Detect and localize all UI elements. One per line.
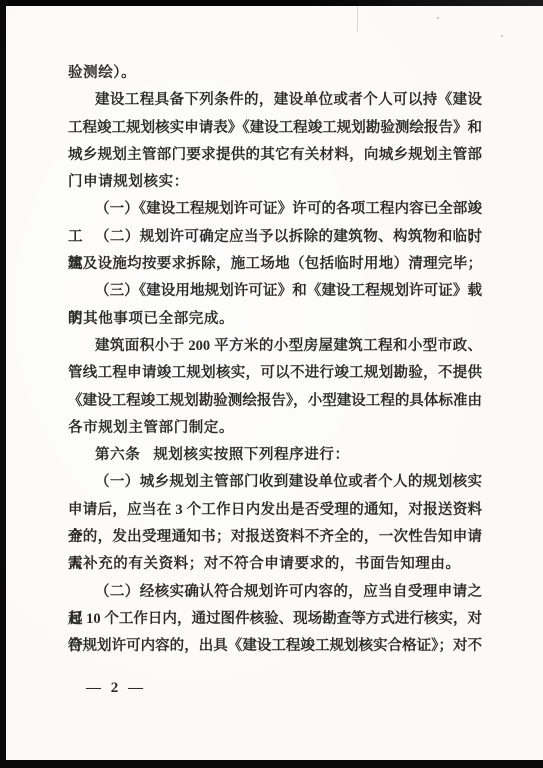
page-number: — 2 —	[86, 680, 146, 697]
text-line: （一）城乡规划主管部门收到建设单位或者个人的规划核实	[68, 469, 482, 496]
scanned-document-page: 验测绘）。建设工程具备下列条件的，建设单位或者个人可以持《建设工程竣工规划核实申…	[0, 0, 543, 768]
scan-edge-bottom	[0, 760, 543, 768]
article-number-label: 第六条	[95, 447, 140, 463]
text-line: （二）规划许可确定应当予以拆除的建筑物、构筑物和临时建	[68, 224, 482, 251]
text-line: 第六条规划核实按照下列程序进行：	[68, 442, 482, 469]
text-line: 合规划许可内容的，出具《建设工程竣工规划核实合格证》；对不	[68, 633, 482, 660]
scan-fold-artifact	[357, 6, 358, 32]
scan-speck	[437, 17, 439, 19]
text-line: 起 10 个工作日内，通过图件核验、现场勘查等方式进行核实，对符	[68, 606, 482, 633]
text-line: 工程竣工规划核实申请表》《建设工程竣工规划勘验测绘报告》和	[68, 115, 482, 142]
scan-edge-left	[0, 0, 6, 768]
scan-edge-top	[0, 0, 543, 6]
text-line: 门申请规划核实：	[68, 169, 482, 196]
text-line: 建设工程具备下列条件的，建设单位或者个人可以持《建设	[68, 87, 482, 114]
scan-speck	[501, 35, 503, 37]
text-line: 筑及设施均按要求拆除，施工场地（包括临时用地）清理完毕；	[68, 251, 482, 278]
text-line: 城乡规划主管部门要求提供的其它有关材料，向城乡规划主管部	[68, 142, 482, 169]
text-line-content: 规划核实按照下列程序进行：	[153, 447, 349, 463]
text-line: 全的，发出受理通知书；对报送资料不齐全的，一次性告知申请人	[68, 524, 482, 551]
text-line: 建筑面积小于 200 平方米的小型房屋建筑工程和小型市政、	[68, 333, 482, 360]
text-line: （一）《建设工程规划许可证》许可的各项工程内容已全部竣工；	[68, 196, 482, 223]
text-line: 验测绘）。	[68, 60, 482, 87]
text-line: 管线工程申请竣工规划核实，可以不进行竣工规划勘验，不提供	[68, 360, 482, 387]
text-line: （二）经核实确认符合规划许可内容的，应当自受理申请之日	[68, 579, 482, 606]
text-line: 的其他事项已全部完成。	[68, 306, 482, 333]
document-body: 验测绘）。建设工程具备下列条件的，建设单位或者个人可以持《建设工程竣工规划核实申…	[68, 60, 482, 661]
text-line: 需补充的有关资料；对不符合申请要求的，书面告知理由。	[68, 551, 482, 578]
text-line: 申请后，应当在 3 个工作日内发出是否受理的通知，对报送资料齐	[68, 497, 482, 524]
text-line: 《建设工程竣工规划勘验测绘报告》，小型建设工程的具体标准由	[68, 388, 482, 415]
text-line: （三）《建设用地规划许可证》和《建设工程规划许可证》载明	[68, 278, 482, 305]
text-line: 各市规划主管部门制定。	[68, 415, 482, 442]
